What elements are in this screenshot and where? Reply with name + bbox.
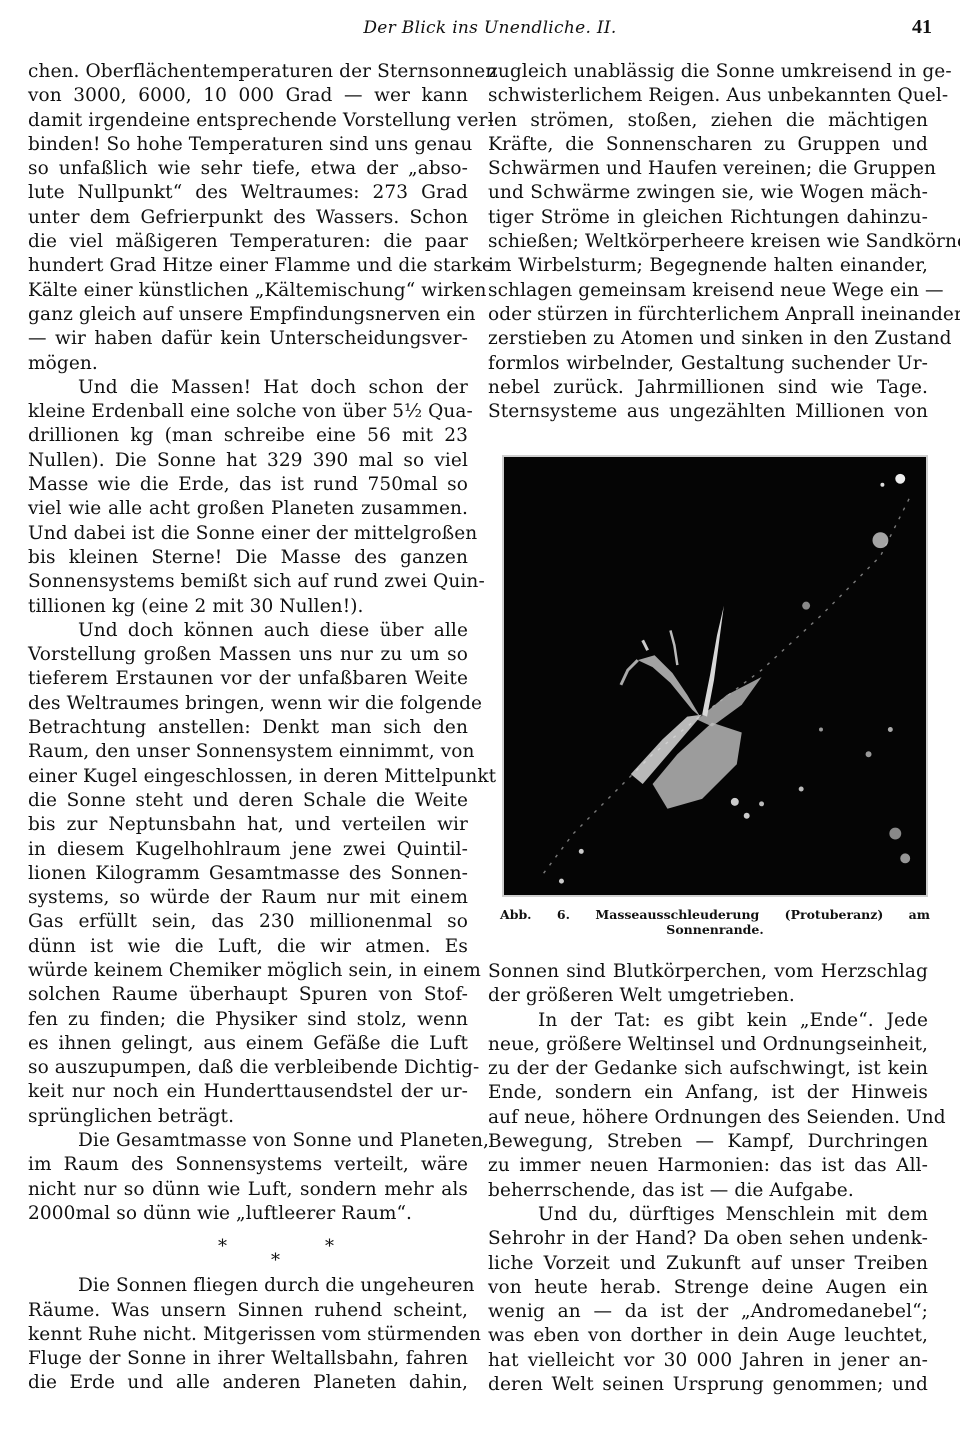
asterisk-icon: * xyxy=(271,1250,280,1271)
text-line: schlagen gemeinsam kreisend neue Wege ei… xyxy=(488,279,928,303)
text-line: und Schwärme zwingen sie, wie Wogen mäch… xyxy=(488,181,928,205)
text-line: zu immer neuen Harmonien: das ist das Al… xyxy=(488,1154,928,1178)
text-line: beherrschende, das ist — die Aufgabe. xyxy=(488,1179,928,1203)
text-line: chen. Oberflächentemperaturen der Sterns… xyxy=(28,60,468,84)
left-column: chen. Oberflächentemperaturen der Sterns… xyxy=(28,60,468,1396)
text-line: solchen Raume überhaupt Spuren von Stof- xyxy=(28,983,468,1007)
text-line: bis kleinen Sterne! Die Masse des ganzen xyxy=(28,546,468,570)
text-line: neue, größere Weltinsel und Ordnungseinh… xyxy=(488,1033,928,1057)
paragraph-start: In der Tat: es gibt kein „Ende“. Jede xyxy=(488,1009,928,1033)
text-line: die viel mäßigeren Temperaturen: die paa… xyxy=(28,230,468,254)
text-line: von heute herab. Strenge deine Augen ein xyxy=(488,1276,928,1300)
text-line: Masse wie die Erde, das ist rund 750mal … xyxy=(28,473,468,497)
right-column-top: zugleich unablässig die Sonne umkreisend… xyxy=(488,60,928,424)
text-line: 2000mal so dünn wie „luftleerer Raum“. xyxy=(28,1202,468,1226)
text-line: so auszupumpen, daß die verbleibende Dic… xyxy=(28,1056,468,1080)
asterisk-icon: * xyxy=(325,1236,334,1257)
text-line: fen zu finden; die Physiker sind stolz, … xyxy=(28,1008,468,1032)
text-line: im Raum des Sonnensystems verteilt, wäre xyxy=(28,1153,468,1177)
text-line: binden! So hohe Temperaturen sind uns ge… xyxy=(28,133,468,157)
text-line: würde keinem Chemiker möglich sein, in e… xyxy=(28,959,468,983)
text-line: Und dabei ist die Sonne einer der mittel… xyxy=(28,522,468,546)
running-title: Der Blick ins Unendliche. II. xyxy=(360,18,620,38)
paragraph-start: Und die Massen! Hat doch schon der xyxy=(28,376,468,400)
text-line: von 3000, 6000, 10 000 Grad — wer kann xyxy=(28,84,468,108)
text-line: damit irgendeine entsprechende Vorstellu… xyxy=(28,109,468,133)
text-line: dünn ist wie die Luft, die wir atmen. Es xyxy=(28,935,468,959)
text-line: wenig an — da ist der „Andromedanebel“; xyxy=(488,1300,928,1324)
text-line: lute Nullpunkt“ des Weltraumes: 273 Grad xyxy=(28,181,468,205)
text-line: Sonnen sind Blutkörperchen, vom Herzschl… xyxy=(488,960,928,984)
paragraph-start: Und du, dürftiges Menschlein mit dem xyxy=(488,1203,928,1227)
prominence-image xyxy=(504,457,926,895)
text-line: Raum, den unser Sonnensystem einnimmt, v… xyxy=(28,740,468,764)
text-line: des Weltraumes bringen, wenn wir die fol… xyxy=(28,692,468,716)
text-line: Betrachtung anstellen: Denkt man sich de… xyxy=(28,716,468,740)
text-line: tillionen kg (eine 2 mit 30 Nullen!). xyxy=(28,595,468,619)
text-line: auf neue, höhere Ordnungen des Seienden.… xyxy=(488,1106,928,1130)
text-line: kleine Erdenball eine solche von über 5½… xyxy=(28,400,468,424)
text-line: Sonnensystems bemißt sich auf rund zwei … xyxy=(28,570,468,594)
text-line: tieferem Erstaunen vor der unfaßbaren We… xyxy=(28,667,468,691)
text-line: im Wirbelsturm; Begegnende halten einand… xyxy=(488,254,928,278)
paragraph-start: Und doch können auch diese über alle xyxy=(28,619,468,643)
right-column-bottom: Sonnen sind Blutkörperchen, vom Herzschl… xyxy=(488,960,928,1397)
prominence-photo xyxy=(502,455,928,897)
text-line: Kräfte, die Sonnenscharen zu Gruppen und xyxy=(488,133,928,157)
text-line: bis zur Neptunsbahn hat, und verteilen w… xyxy=(28,813,468,837)
text-line: Vorstellung großen Massen uns nur zu um … xyxy=(28,643,468,667)
section-separator: * * * xyxy=(28,1226,468,1274)
asterisk-icon: * xyxy=(218,1236,227,1257)
text-line: Sternsysteme aus ungezählten Millionen v… xyxy=(488,400,928,424)
text-line: viel wie alle acht großen Planeten zusam… xyxy=(28,497,468,521)
text-line: einer Kugel eingeschlossen, in deren Mit… xyxy=(28,765,468,789)
text-line: Räume. Was unsern Sinnen ruhend scheint, xyxy=(28,1299,468,1323)
text-line: Kälte einer künstlichen „Kältemischung“ … xyxy=(28,279,468,303)
text-line: ganz gleich auf unsere Empfindungsnerven… xyxy=(28,303,468,327)
text-line: Fluge der Sonne in ihrer Weltallsbahn, f… xyxy=(28,1347,468,1371)
text-line: hundert Grad Hitze einer Flamme und die … xyxy=(28,254,468,278)
text-line: keit nur noch ein Hunderttausendstel der… xyxy=(28,1080,468,1104)
text-line: nebel zurück. Jahrmillionen sind wie Tag… xyxy=(488,376,928,400)
text-line: lionen Kilogramm Gesamtmasse des Sonnen- xyxy=(28,862,468,886)
text-line: die Erde und alle anderen Planeten dahin… xyxy=(28,1371,468,1395)
text-line: Ende, sondern ein Anfang, ist der Hinwei… xyxy=(488,1081,928,1105)
text-line: sprünglichen beträgt. xyxy=(28,1105,468,1129)
text-line: schwisterlichem Reigen. Aus unbekannten … xyxy=(488,84,928,108)
text-line: Gas erfüllt sein, das 230 millionenmal s… xyxy=(28,910,468,934)
paragraph-start: Die Sonnen fliegen durch die ungeheuren xyxy=(28,1274,468,1298)
text-line: die Sonne steht und deren Schale die Wei… xyxy=(28,789,468,813)
text-line: kennt Ruhe nicht. Mitgerissen vom stürme… xyxy=(28,1323,468,1347)
text-line: Bewegung, Streben — Kampf, Durchringen xyxy=(488,1130,928,1154)
text-line: hat vielleicht vor 30 000 Jahren in jene… xyxy=(488,1349,928,1373)
paragraph-start: Die Gesamtmasse von Sonne und Planeten, xyxy=(28,1129,468,1153)
text-line: — wir haben dafür kein Unterscheidungsve… xyxy=(28,327,468,351)
text-line: systems, so würde der Raum nur mit einem xyxy=(28,886,468,910)
text-line: unter dem Gefrierpunkt des Wassers. Scho… xyxy=(28,206,468,230)
text-line: in diesem Kugelhohlraum jene zwei Quinti… xyxy=(28,838,468,862)
text-line: schießen; Weltkörperheere kreisen wie Sa… xyxy=(488,230,928,254)
text-line: tiger Ströme in gleichen Richtungen dahi… xyxy=(488,206,928,230)
page-number: 41 xyxy=(912,16,932,39)
text-line: was eben von dorther in dein Auge leucht… xyxy=(488,1324,928,1348)
caption-line: Abb. 6. Masseausschleuderung (Protuberan… xyxy=(500,907,930,922)
caption-line: Sonnenrande. xyxy=(500,922,930,937)
text-line: Sehrohr in der Hand? Da oben sehen unden… xyxy=(488,1227,928,1251)
text-line: drillionen kg (man schreibe eine 56 mit … xyxy=(28,424,468,448)
text-line: zerstieben zu Atomen und sinken in den Z… xyxy=(488,327,928,351)
text-line: so unfaßlich wie sehr tiefe, etwa der „a… xyxy=(28,157,468,181)
text-line: zu der der Gedanke sich aufschwingt, ist… xyxy=(488,1057,928,1081)
text-line: len strömen, stoßen, ziehen die mächtige… xyxy=(488,109,928,133)
text-line: zugleich unablässig die Sonne umkreisend… xyxy=(488,60,928,84)
text-line: liche Vorzeit und Zukunft auf unser Trei… xyxy=(488,1252,928,1276)
text-line: der größeren Welt umgetrieben. xyxy=(488,984,928,1008)
text-line: oder stürzen in fürchterlichem Anprall i… xyxy=(488,303,928,327)
text-line: mögen. xyxy=(28,352,468,376)
text-line: es ihnen gelingt, aus einem Gefäße die L… xyxy=(28,1032,468,1056)
text-line: formlos wirbelnder, Gestaltung suchender… xyxy=(488,352,928,376)
text-line: deren Welt seinen Ursprung genommen; und xyxy=(488,1373,928,1397)
text-line: Schwärmen und Haufen vereinen; die Grupp… xyxy=(488,157,928,181)
figure-caption: Abb. 6. Masseausschleuderung (Protuberan… xyxy=(500,907,930,937)
text-line: Nullen). Die Sonne hat 329 390 mal so vi… xyxy=(28,449,468,473)
text-line: nicht nur so dünn wie Luft, sondern mehr… xyxy=(28,1178,468,1202)
page-header: Der Blick ins Unendliche. II. 41 xyxy=(0,14,960,44)
